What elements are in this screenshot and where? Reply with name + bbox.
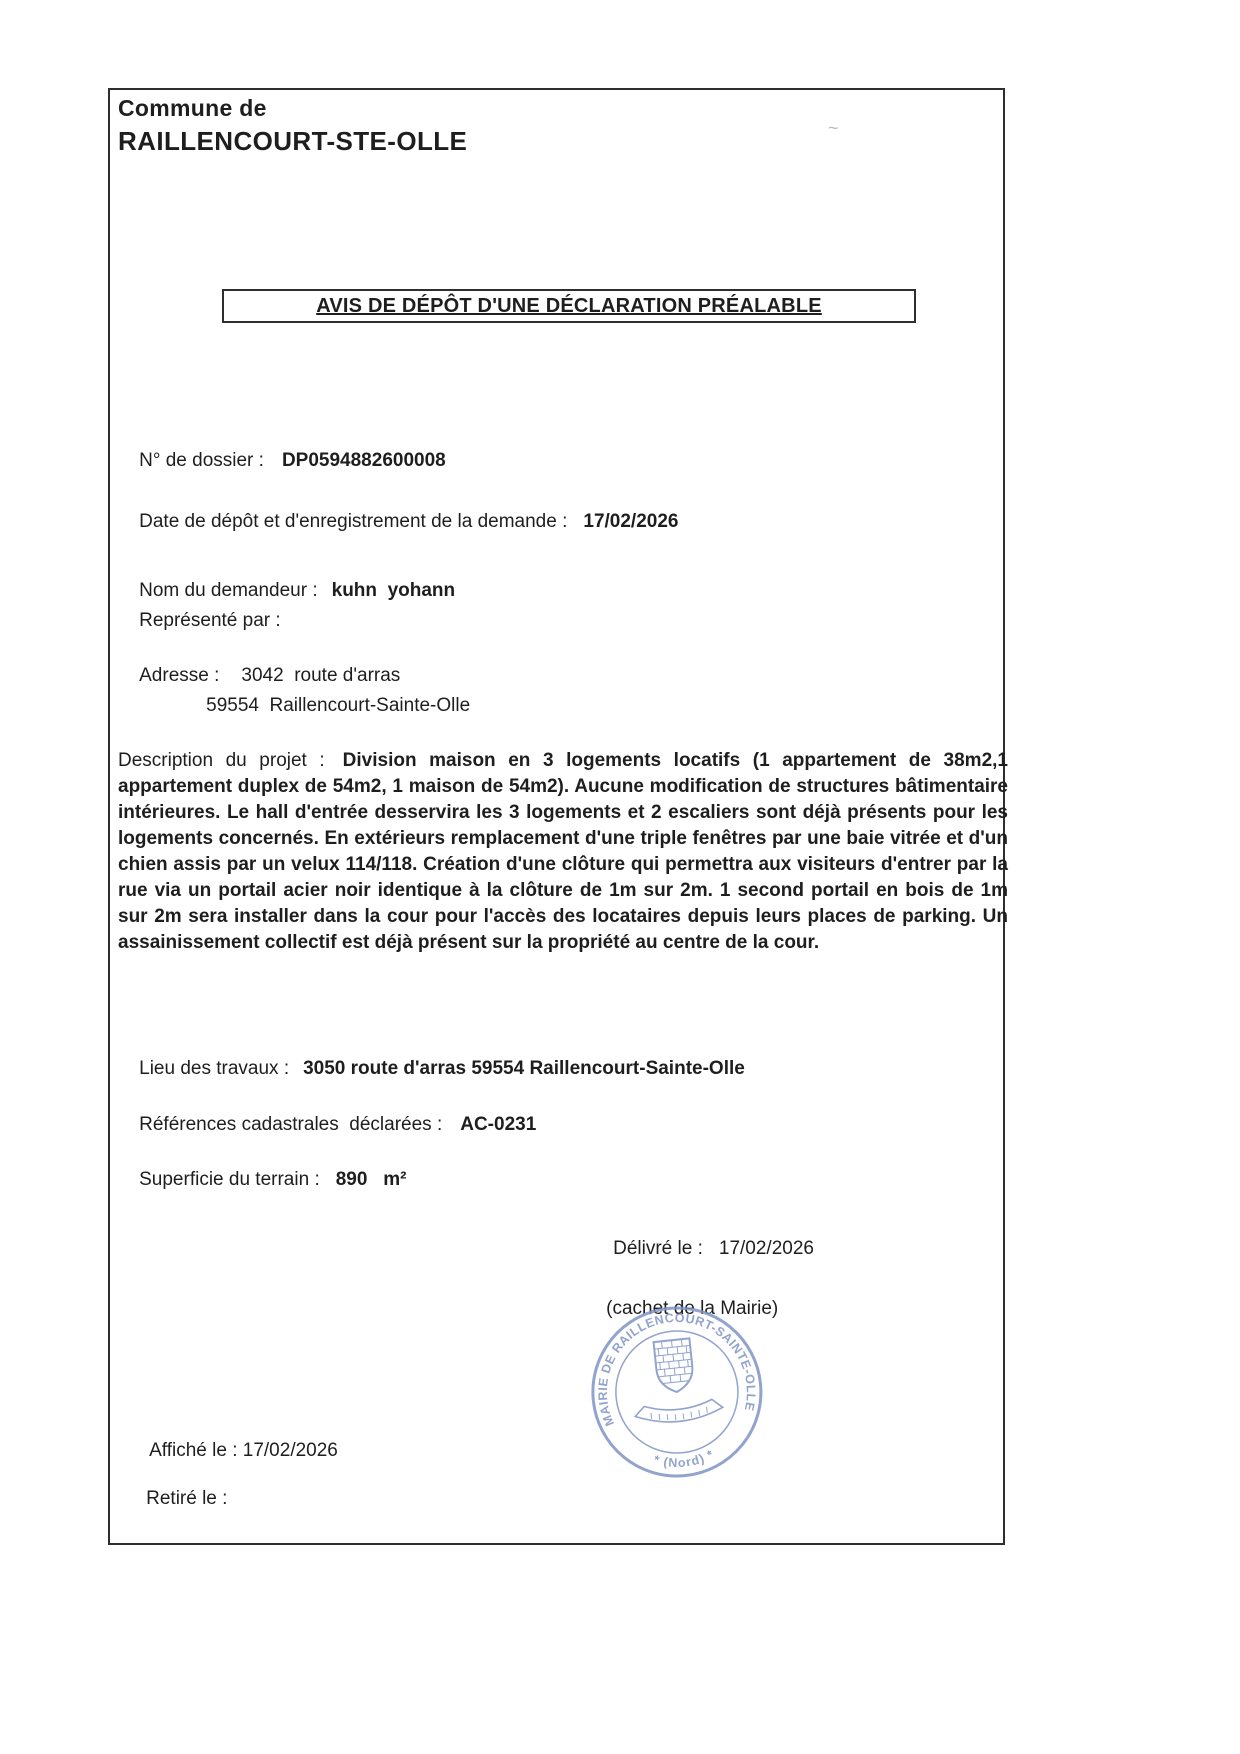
delivre-le-label: Délivré le : — [613, 1238, 703, 1259]
delivre-le-value: 17/02/2026 — [719, 1238, 814, 1259]
description-value: Division maison en 3 logements locatifs … — [118, 750, 1008, 953]
demandeur-value: kuhn yohann — [332, 580, 456, 601]
field-superficie: Superficie du terrain :890 m² — [118, 1147, 406, 1213]
represente-label: Représenté par : — [139, 610, 281, 631]
field-adresse-line2: 59554 Raillencourt-Sainte-Olle — [185, 673, 470, 739]
field-dossier: N° de dossier :DP0594882600008 — [118, 428, 446, 494]
dossier-value: DP0594882600008 — [282, 450, 446, 471]
field-date-depot: Date de dépôt et d'enregistrement de la … — [118, 489, 678, 555]
date-depot-label: Date de dépôt et d'enregistrement de la … — [139, 511, 567, 532]
document-title: AVIS DE DÉPÔT D'UNE DÉCLARATION PRÉALABL… — [316, 295, 822, 318]
dossier-label: N° de dossier : — [139, 450, 264, 471]
commune-header-line1: Commune de — [118, 95, 267, 122]
document-page: Commune de RAILLENCOURT-STE-OLLE ~ AVIS … — [0, 0, 1240, 1754]
references-cadastrales-value: AC-0231 — [460, 1114, 536, 1135]
field-description: Description du projet :Division maison e… — [118, 748, 1008, 956]
references-cadastrales-label: Références cadastrales déclarées : — [139, 1114, 442, 1135]
description-label: Description du projet : — [118, 750, 325, 771]
date-depot-value: 17/02/2026 — [583, 511, 678, 532]
commune-header-line2: RAILLENCOURT-STE-OLLE — [118, 126, 467, 157]
field-retire-le: Retiré le : — [125, 1466, 227, 1532]
banner-icon — [634, 1398, 723, 1426]
retire-le-label: Retiré le : — [146, 1488, 227, 1509]
mairie-stamp-seal: MAIRIE DE RAILLENCOURT-SAINTE-OLLE * (No… — [580, 1291, 774, 1494]
lieu-travaux-label: Lieu des travaux : — [139, 1058, 289, 1079]
affiche-le-label: Affiché le : 17/02/2026 — [149, 1440, 338, 1461]
document-title-box: AVIS DE DÉPÔT D'UNE DÉCLARATION PRÉALABL… — [222, 289, 916, 323]
scan-artifact: ~ — [828, 118, 839, 139]
shield-icon — [654, 1338, 695, 1393]
superficie-label: Superficie du terrain : — [139, 1169, 320, 1190]
adresse-value-line2: 59554 Raillencourt-Sainte-Olle — [206, 695, 470, 716]
superficie-value: 890 m² — [336, 1169, 407, 1190]
lieu-travaux-value: 3050 route d'arras 59554 Raillencourt-Sa… — [303, 1058, 745, 1079]
field-delivre-le: Délivré le :17/02/2026 — [592, 1216, 814, 1282]
